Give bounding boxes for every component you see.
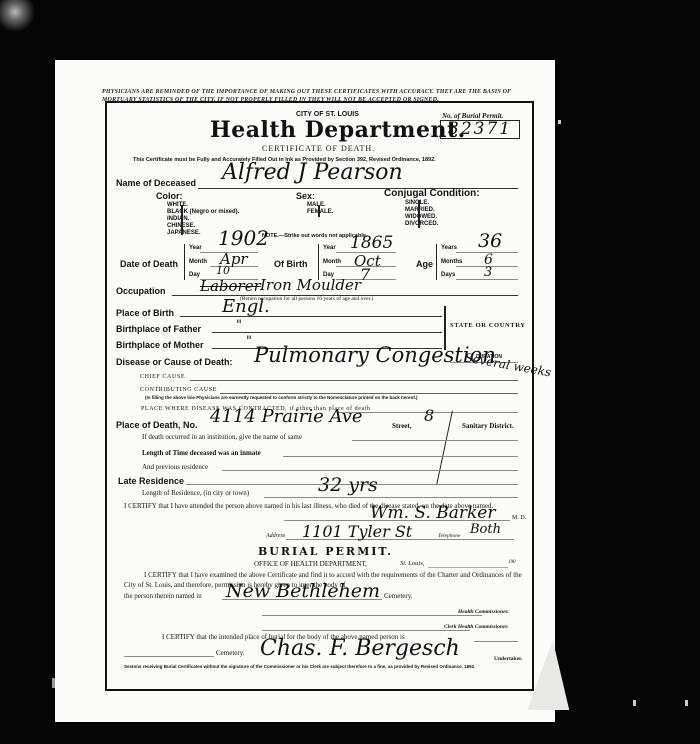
of-birth-label: Of Birth <box>274 259 308 269</box>
street-label: Street, <box>392 422 412 430</box>
field-line <box>212 332 442 333</box>
undertaker-cemetery-label: Cemetery. <box>216 649 245 657</box>
sanitary-district-label: Sanitary District. <box>462 422 514 430</box>
telephone-label: Telephone <box>438 533 460 539</box>
months-label: Months <box>441 259 462 265</box>
office-label: OFFICE OF HEALTH DEPARTMENT, <box>254 560 367 568</box>
year-suffix: 190 <box>508 560 516 565</box>
age-years-value: 36 <box>478 230 502 252</box>
address-value: 1101 Tyler St <box>302 522 412 541</box>
institution-label: If death occurred in an institution, giv… <box>142 433 302 441</box>
conjugal-option: MARRIED. <box>405 207 438 214</box>
color-option: INDIAN. <box>167 216 287 223</box>
length-of-residence-value: 32 yrs <box>318 474 378 496</box>
field-line <box>352 440 518 441</box>
physician-signature: Wm. S. Barker <box>370 503 496 523</box>
strike-mark <box>318 205 320 217</box>
field-line <box>222 470 518 471</box>
place-of-birth-value: Engl. <box>222 296 270 317</box>
place-of-death-label: Place of Death, No. <box>116 420 198 430</box>
birth-day-value: 7 <box>360 265 370 284</box>
md-label: M. D. <box>512 515 526 521</box>
conjugal-option: DIVORCED. <box>405 221 438 228</box>
inmate-label: Length of Time deceased was an inmate <box>142 449 261 457</box>
field-line <box>283 456 518 457</box>
years-label: Years <box>441 245 457 251</box>
place-of-death-value: 4114 Prairie Ave <box>210 406 363 427</box>
conjugal-option: SINGLE. <box>405 200 438 207</box>
occupation-value: Iron Moulder <box>260 276 361 294</box>
occupation-struck: Laborer <box>200 277 261 295</box>
state-or-country-label: STATE OR COUNTRY <box>450 322 526 329</box>
field-line <box>428 567 508 568</box>
deceased-name: Alfred J Pearson <box>222 160 403 185</box>
contributing-cause-label: CONTRIBUTING CAUSE <box>140 387 217 393</box>
late-residence-label: Late Residence <box>118 476 184 486</box>
field-line <box>220 393 518 394</box>
field-line <box>180 316 442 317</box>
field-line <box>264 497 518 498</box>
age-days-value: 3 <box>484 265 492 280</box>
signature-line <box>262 630 470 631</box>
certificate-subtitle: CERTIFICATE OF DEATH. <box>262 144 375 153</box>
field-line <box>190 380 518 381</box>
office-city: St. Louis, <box>400 560 424 567</box>
sexton-footnote: Sextons receiving Burial Certificates wi… <box>124 664 520 670</box>
cemetery-label: Cemetery. <box>384 592 413 600</box>
scan-speck <box>633 700 636 706</box>
cause-value: Pulmonary Congestion <box>254 343 496 367</box>
health-commissioner-label: Health Commissioner. <box>458 609 509 615</box>
place-of-birth-label: Place of Birth <box>116 308 174 318</box>
previous-residence-label: And previous residence <box>142 463 208 471</box>
scan-speck <box>558 120 561 124</box>
father-birthplace-value: " <box>236 318 242 333</box>
page-title: Health Department. <box>210 117 466 143</box>
sanitary-district-value: 8 <box>424 406 434 425</box>
mother-birthplace-value: " <box>246 334 252 349</box>
days-label: Days <box>441 272 455 278</box>
undertaker-signature: Chas. F. Bergesch <box>260 636 460 661</box>
named-in-label: the person therein named in <box>124 592 202 600</box>
sex-option: MALE. <box>307 202 333 209</box>
year-label: Year <box>189 245 202 251</box>
death-day-value: 10 <box>216 264 230 277</box>
strike-mark <box>181 205 183 235</box>
sex-option: FEMALE. <box>307 209 333 216</box>
day-label: Day <box>189 272 200 278</box>
field-line <box>124 656 214 657</box>
cause-label: Disease or Cause of Death: <box>116 357 233 367</box>
conjugal-option: WIDOWED. <box>405 214 438 221</box>
bracket <box>184 244 185 280</box>
length-of-residence-label: Length of Residence, (in city or town) <box>142 489 249 497</box>
mother-birthplace-label: Birthplace of Mother <box>116 340 204 350</box>
strike-mark <box>418 200 420 228</box>
color-option: WHITE. <box>167 202 287 209</box>
address-label: Address <box>266 533 285 539</box>
telephone-value: Both <box>470 522 501 537</box>
name-label: Name of Deceased <box>116 178 196 188</box>
month-label: Month <box>323 259 341 265</box>
color-option: BLACK (Negro or mixed). <box>167 209 287 216</box>
sex-label: Sex: <box>296 191 315 201</box>
sex-options: MALE. FEMALE. <box>307 202 333 216</box>
age-label: Age <box>416 259 433 269</box>
scan-glare <box>0 0 40 40</box>
scan-speck <box>685 700 688 706</box>
conjugal-options: SINGLE. MARRIED. WIDOWED. DIVORCED. <box>405 200 438 228</box>
chief-cause-label: CHIEF CAUSE <box>140 374 185 380</box>
undertaker-label: Undertaker. <box>494 656 522 662</box>
clerk-commissioner-label: Clerk Health Commissioner. <box>444 624 509 630</box>
field-line <box>474 641 518 642</box>
occupation-label: Occupation <box>116 286 166 296</box>
burial-permit-number: 32371 <box>448 119 512 139</box>
year-label: Year <box>323 245 336 251</box>
bracket <box>318 244 319 280</box>
bracket <box>436 244 437 280</box>
cemetery-value: New Bethlehem <box>226 580 380 602</box>
birth-year-value: 1865 <box>350 233 393 253</box>
date-of-death-label: Date of Death <box>120 259 178 269</box>
signature-line <box>262 615 482 616</box>
conjugal-label: Conjugal Condition: <box>384 188 480 199</box>
nomenclature-note: (In filling the above line Physicians ar… <box>145 395 418 400</box>
color-label: Color: <box>156 191 183 201</box>
burial-permit-title: BURIAL PERMIT. <box>258 545 393 558</box>
father-birthplace-label: Birthplace of Father <box>116 324 201 334</box>
month-label: Month <box>189 259 207 265</box>
